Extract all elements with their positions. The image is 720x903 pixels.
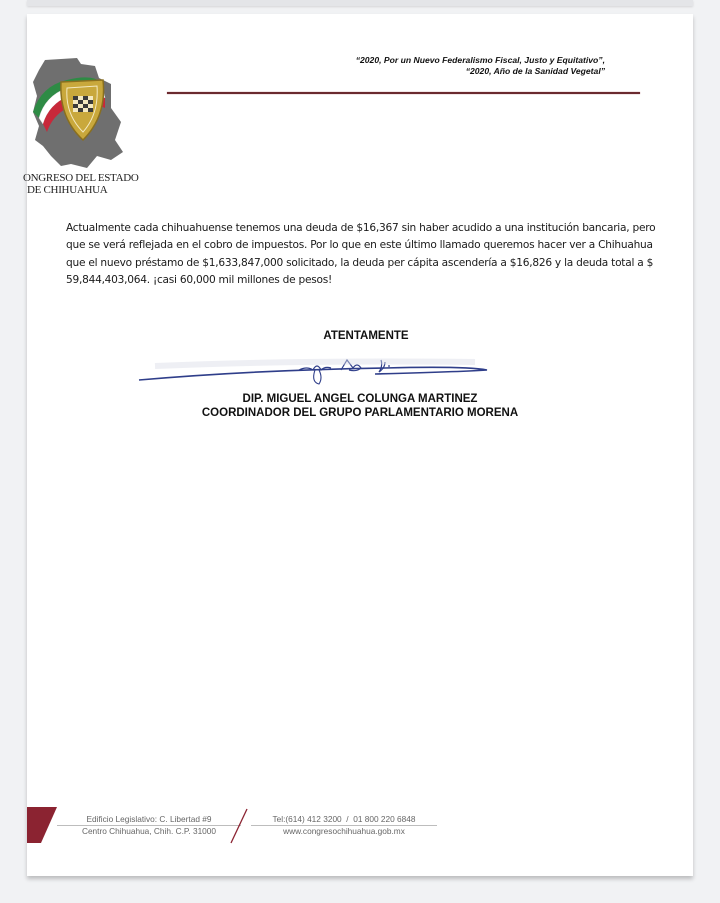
handwritten-signature-icon xyxy=(135,348,495,388)
address-line1: Edificio Legislativo: C. Libertad #9 xyxy=(57,814,241,826)
signer-block: DIP. MIGUEL ANGEL COLUNGA MARTINEZ COORD… xyxy=(27,392,693,420)
signer-role: COORDINADOR DEL GRUPO PARLAMENTARIO MORE… xyxy=(27,406,693,420)
motto-line1: “2020, Por un Nuevo Federalismo Fiscal, … xyxy=(356,55,605,66)
chihuahua-state-map-seal-icon xyxy=(31,56,135,174)
motto-line2: “2020, Año de la Sanidad Vegetal” xyxy=(356,66,605,77)
signer-name: DIP. MIGUEL ANGEL COLUNGA MARTINEZ xyxy=(27,392,693,406)
salutation: ATENTAMENTE xyxy=(33,330,699,342)
footer-contact: Tel:(614) 412 3200 / 01 800 220 6848 www… xyxy=(251,814,437,837)
institution-name: ONGRESO DEL ESTADO DE CHIHUAHUA xyxy=(23,172,139,196)
website-link[interactable]: www.congresochihuahua.gob.mx xyxy=(283,826,405,836)
official-motto: “2020, Por un Nuevo Federalismo Fiscal, … xyxy=(356,55,605,77)
address-line2: Centro Chihuahua, Chih. C.P. 31000 xyxy=(82,826,216,836)
document-page: ONGRESO DEL ESTADO DE CHIHUAHUA “2020, P… xyxy=(27,14,693,876)
body-paragraph: Actualmente cada chihuahuense tenemos un… xyxy=(66,220,666,290)
institution-name-line2: DE CHIHUAHUA xyxy=(23,184,139,196)
header-divider xyxy=(167,92,640,94)
institution-name-line1: ONGRESO DEL ESTADO xyxy=(23,172,139,184)
phone-numbers: Tel:(614) 412 3200 / 01 800 220 6848 xyxy=(251,814,437,826)
previous-page-edge xyxy=(27,0,693,6)
footer-divider-slash xyxy=(227,808,251,844)
footer-accent-wedge xyxy=(27,807,57,843)
footer-address: Edificio Legislativo: C. Libertad #9 Cen… xyxy=(57,814,241,837)
